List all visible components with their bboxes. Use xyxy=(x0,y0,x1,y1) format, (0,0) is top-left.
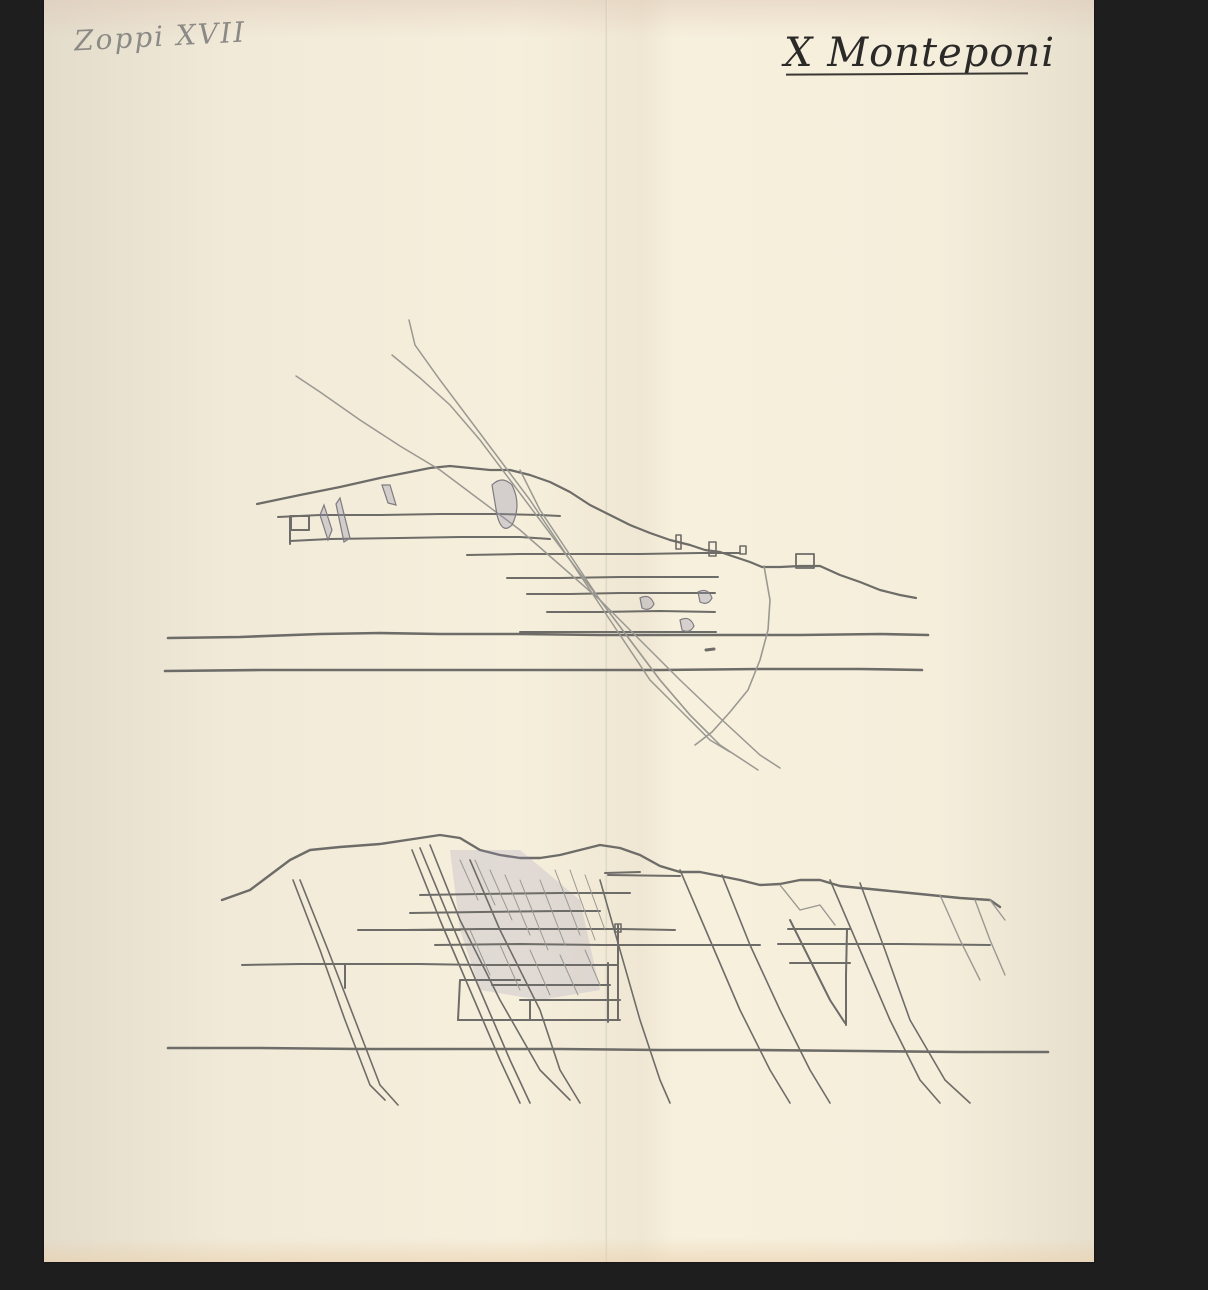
upper-cross-section xyxy=(165,320,928,770)
sketch-drawings xyxy=(0,0,1208,1290)
lower-cross-section xyxy=(168,835,1048,1105)
